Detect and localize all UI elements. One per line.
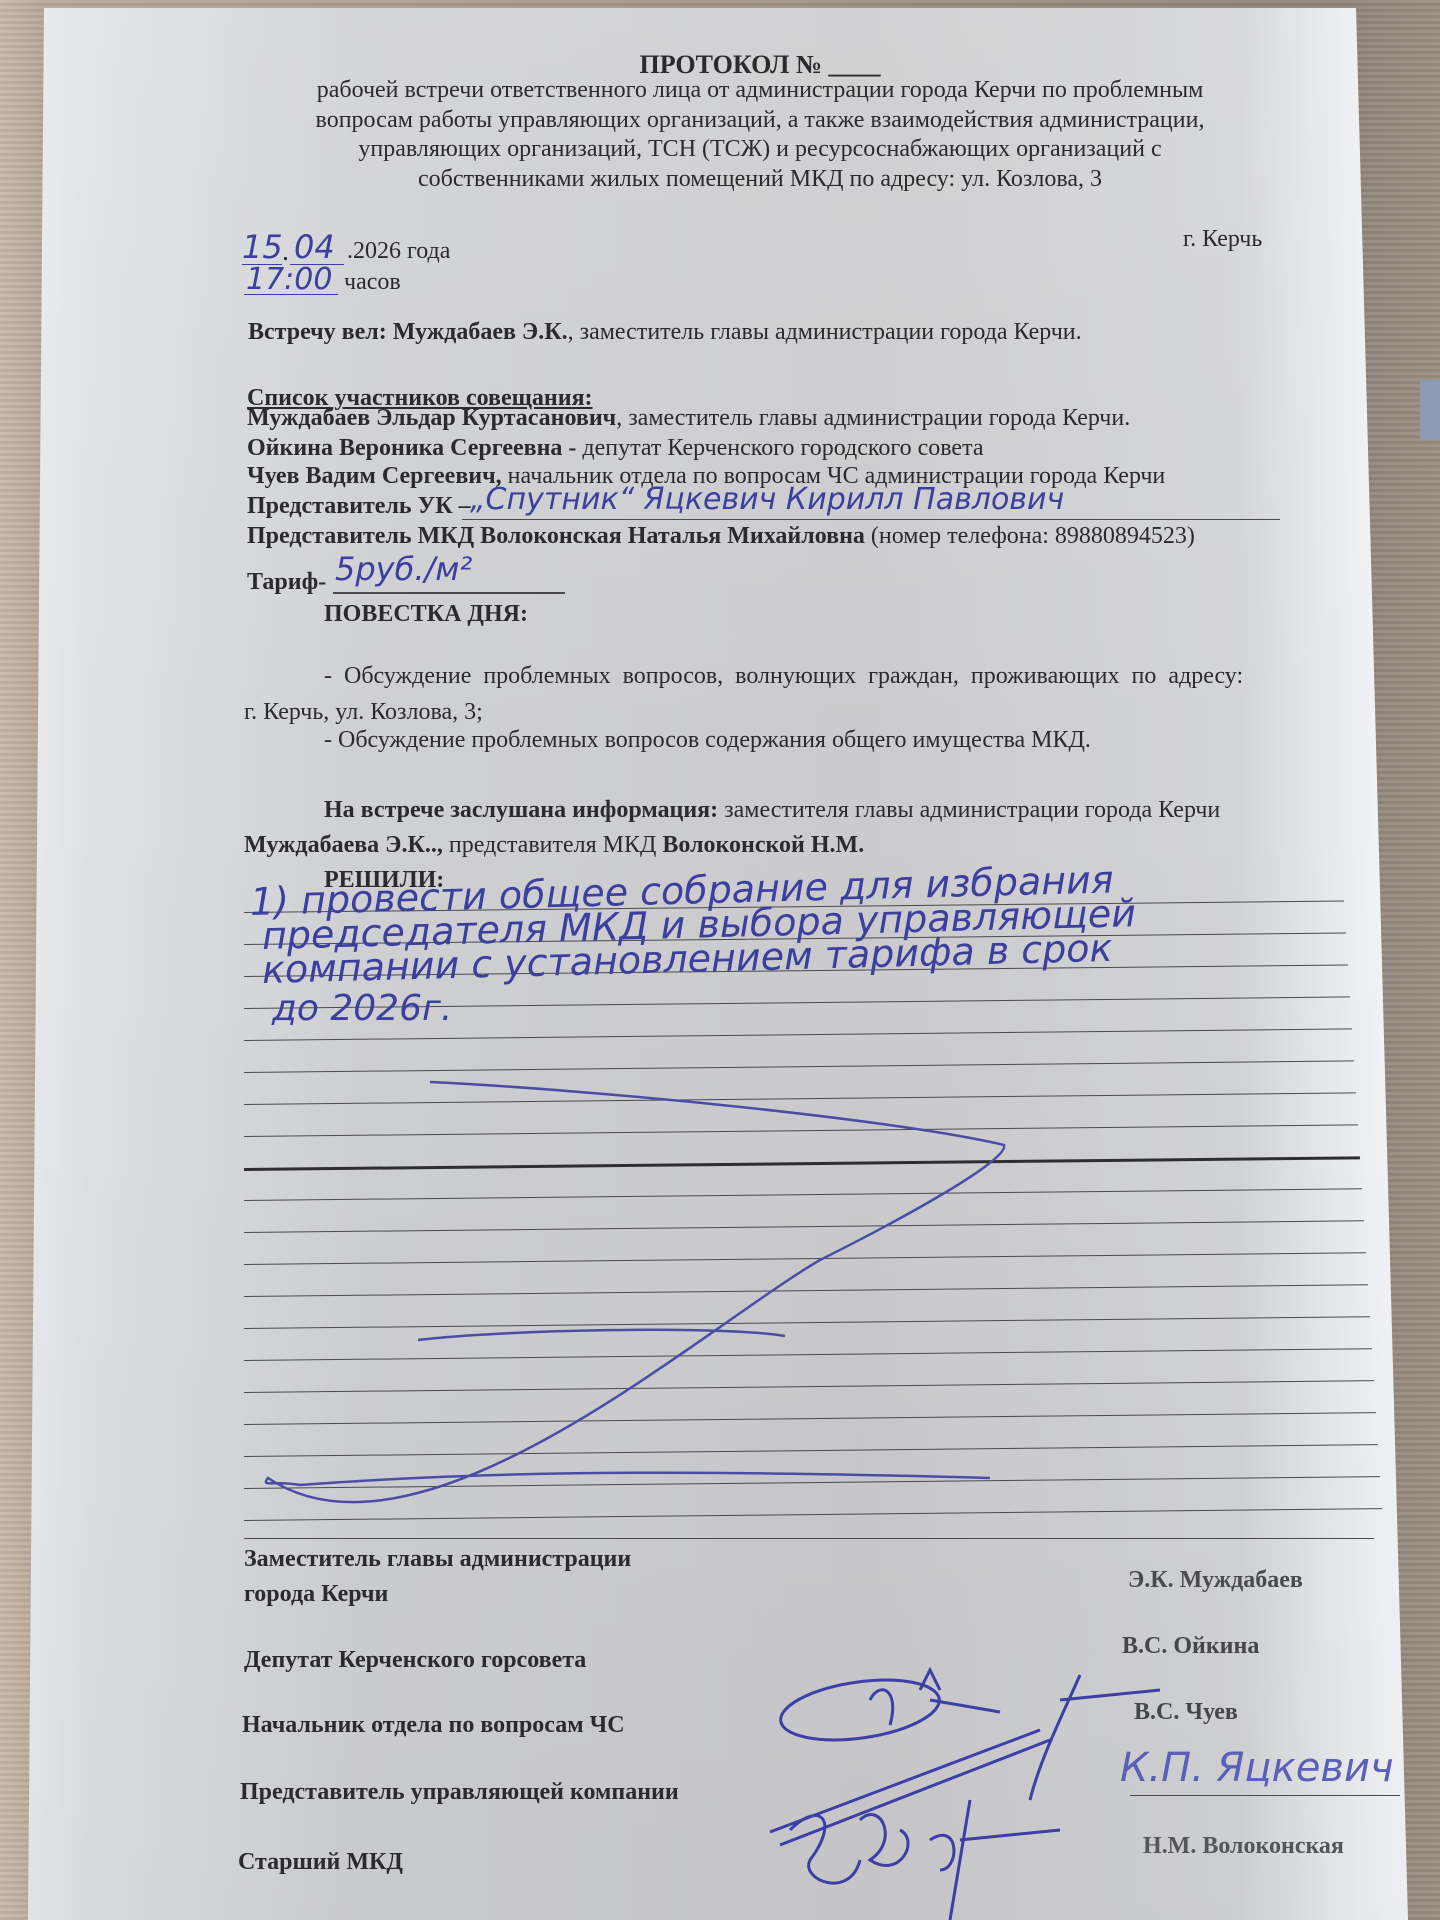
heard-label: На встрече заслушана информация:: [324, 797, 718, 823]
decision-line-4: до 2026г.: [272, 988, 452, 1029]
signature-position-1-line2: города Керчи: [244, 1582, 388, 1606]
chair-line: Встречу вел: Муждабаев Э.К., заместитель…: [248, 320, 1082, 344]
participant-name: Муждабаев Эльдар Куртасанович: [247, 405, 616, 431]
signature-position-1-line1: Заместитель главы администрации: [244, 1547, 631, 1571]
signature-name-2: В.С. Ойкина: [1122, 1634, 1259, 1658]
signature-name-5: Н.М. Волоконская: [1143, 1834, 1344, 1858]
heard-name-1: Муждабаева Э.К..,: [244, 832, 443, 858]
signature-name-4-handwritten: К.П. Яцкевич: [1120, 1745, 1394, 1791]
city-label: г. Керчь: [1183, 227, 1262, 251]
participant-row: Ойкина Вероника Сергеевна - депутат Керч…: [247, 436, 984, 460]
signature-name-1: Э.К. Муждабаев: [1128, 1568, 1303, 1592]
heard-text-mid: представителя МКД: [443, 832, 663, 858]
agenda-item-2: - Обсуждение проблемных вопросов содержа…: [324, 728, 1091, 752]
heard-line-2: Муждабаева Э.К.., представителя МКД Воло…: [244, 833, 864, 857]
chair-name: Муждабаев Э.К.: [393, 319, 568, 345]
participant-role: депутат Керченского городского совета: [576, 435, 983, 461]
participant-row: Муждабаев Эльдар Куртасанович, заместите…: [247, 406, 1130, 430]
mkd-representative-line: Представитель МКД Волоконская Наталья Ми…: [247, 524, 1195, 548]
participant-role: , заместитель главы администрации города…: [616, 405, 1130, 431]
date-day-handwritten: 15: [242, 228, 283, 266]
intro-line-2: вопросам работы управляющих организаций,…: [316, 108, 1205, 132]
agenda-item-1: - Обсуждение проблемных вопросов, волную…: [324, 664, 1344, 688]
heard-text: заместителя главы администрации города К…: [718, 797, 1220, 823]
blue-object-edge: [1420, 380, 1440, 440]
time-handwritten: 17:00: [246, 262, 332, 297]
uk-representative-handwritten: „Спутник“ Яцкевич Кирилл Павлович: [470, 482, 1064, 517]
signature-4-underline: [1130, 1795, 1400, 1796]
chair-role: , заместитель главы администрации города…: [568, 319, 1082, 345]
heard-name-2: Волоконской Н.М.: [662, 832, 864, 858]
agenda-heading: ПОВЕСТКА ДНЯ:: [324, 602, 528, 626]
intro-line-1: рабочей встречи ответственного лица от а…: [317, 78, 1204, 102]
heard-line-1: На встрече заслушана информация: замести…: [324, 798, 1220, 822]
date-year-text: .2026 года: [347, 239, 450, 263]
participant-name: Ойкина Вероника Сергеевна -: [247, 435, 576, 461]
signature-name-3: В.С. Чуев: [1134, 1700, 1238, 1724]
tariff-underline: [333, 592, 565, 594]
intro-line-3: управляющих организаций, ТСН (ТСЖ) и рес…: [358, 137, 1161, 161]
intro-line-4: собственниками жилых помещений МКД по ад…: [418, 167, 1102, 191]
mkd-phone: (номер телефона: 89880894523): [871, 523, 1195, 549]
signature-position-2: Депутат Керченского горсовета: [244, 1648, 586, 1672]
signature-position-4: Представитель управляющей компании: [240, 1780, 679, 1804]
signature-separator-line: [244, 1538, 1374, 1539]
agenda-item-1-line1: - Обсуждение проблемных вопросов, волную…: [324, 664, 1243, 688]
uk-underline: [462, 519, 1280, 520]
agenda-item-1-line2: г. Керчь, ул. Козлова, 3;: [244, 700, 483, 724]
uk-representative-label: Представитель УК –: [247, 494, 471, 518]
mkd-representative-name: Представитель МКД Волоконская Наталья Ми…: [247, 523, 865, 549]
participant-name: Чуев Вадим Сергеевич,: [247, 463, 502, 489]
tariff-handwritten: 5руб./м²: [335, 550, 472, 588]
date-month-handwritten: 04: [294, 228, 335, 266]
document-title: ПРОТОКОЛ № ____: [639, 52, 880, 78]
chair-label: Встречу вел:: [248, 319, 387, 345]
signature-position-5: Старший МКД: [238, 1850, 403, 1874]
time-suffix: часов: [344, 270, 401, 294]
time-underline: [244, 294, 338, 295]
signature-position-3: Начальник отдела по вопросам ЧС: [242, 1713, 625, 1737]
tariff-label: Тариф-: [247, 570, 326, 594]
